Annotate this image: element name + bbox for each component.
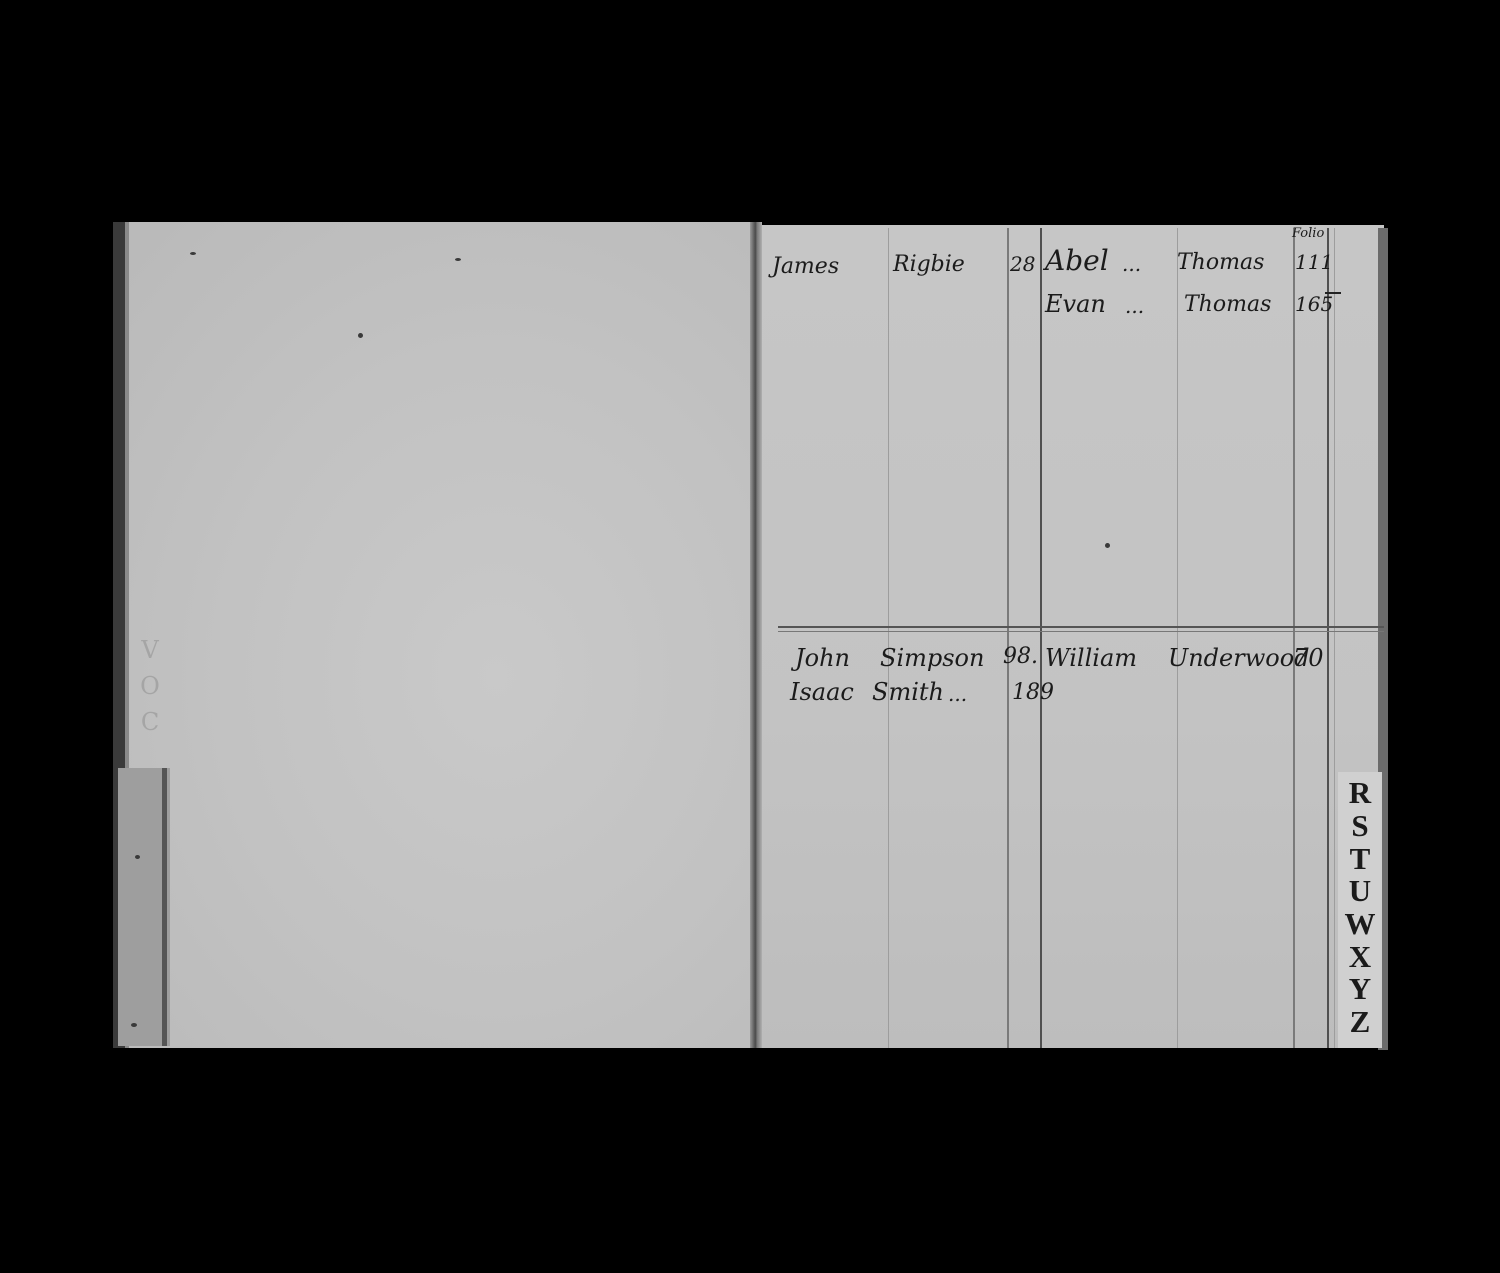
tab-letter-t: T — [1340, 842, 1380, 876]
entry-given-name: Abel — [1045, 244, 1109, 277]
ink-speck — [358, 333, 363, 338]
entry-given-name: William — [1045, 644, 1137, 672]
tab-letter-x: X — [1340, 940, 1380, 974]
entry-given-name: James — [772, 254, 839, 279]
ink-speck — [190, 252, 196, 255]
column-rule — [1327, 228, 1329, 1048]
ghost-letter: V — [135, 632, 165, 668]
ink-speck — [131, 1023, 137, 1027]
section-divider — [778, 626, 1384, 628]
tab-letter-y: Y — [1340, 972, 1380, 1006]
tab-letter-r: R — [1340, 776, 1380, 810]
entry-surname: Thomas — [1177, 250, 1264, 275]
column-rule — [888, 228, 889, 1048]
ghost-letter: O — [135, 668, 165, 704]
ghost-letter: C — [135, 704, 165, 740]
right-page — [762, 225, 1384, 1048]
tab-letter-s: S — [1340, 809, 1380, 843]
ink-speck — [455, 258, 461, 261]
tab-letter-z: Z — [1340, 1005, 1380, 1039]
entry-surname: Thomas — [1184, 292, 1271, 317]
section-divider — [778, 631, 1384, 632]
column-rule — [1177, 228, 1178, 1048]
entry-surname: Underwood — [1168, 644, 1310, 672]
tab-letter-w: W — [1340, 907, 1380, 941]
entry-given-name: Isaac — [790, 678, 854, 706]
left-page — [113, 222, 753, 1048]
entry-folio: 111 — [1295, 250, 1333, 274]
entry-leader: ... — [1122, 252, 1141, 276]
ink-speck — [135, 855, 140, 859]
book-spine — [750, 222, 762, 1048]
entry-leader: ... — [1125, 294, 1144, 318]
entry-surname: Rigbie — [893, 252, 965, 277]
left-page-tab-edge — [162, 768, 167, 1046]
ink-speck — [1105, 543, 1110, 548]
tab-letter-u: U — [1340, 874, 1380, 908]
column-rule — [1334, 228, 1335, 1048]
entry-folio: 70 — [1293, 644, 1324, 672]
folio-tick-mark — [1325, 292, 1341, 294]
entry-given-name: Evan — [1045, 290, 1106, 318]
entry-given-name: John — [795, 644, 850, 672]
entry-surname: Smith — [872, 678, 944, 706]
entry-leader: ... — [948, 682, 967, 706]
entry-folio: 189 — [1012, 680, 1054, 705]
ghost-tab-letters: V O C — [135, 632, 165, 740]
column-rule — [1293, 228, 1295, 1048]
entry-surname: Simpson — [880, 644, 984, 672]
folio-header: Folio — [1292, 226, 1324, 241]
entry-folio: 98. — [1003, 644, 1038, 669]
entry-folio: 28 — [1010, 252, 1035, 276]
entry-folio: 165 — [1295, 292, 1333, 316]
column-rule — [1007, 228, 1009, 1048]
column-rule — [1040, 228, 1042, 1048]
